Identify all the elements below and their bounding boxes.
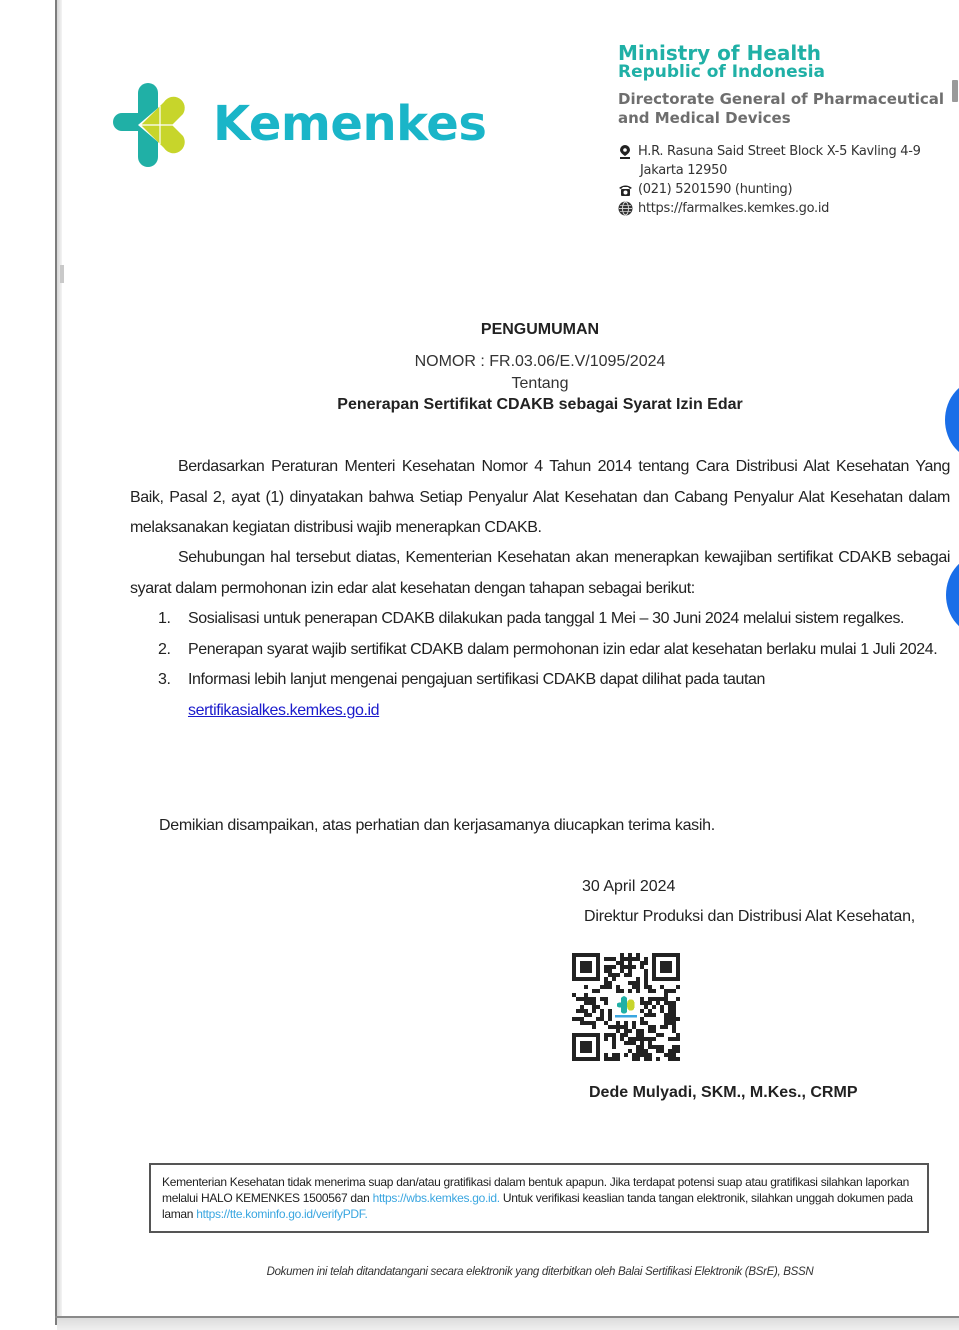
list-text: Sosialisasi untuk penerapan CDAKB dilaku… xyxy=(188,604,948,635)
ministry-country: Republic of Indonesia xyxy=(618,63,948,82)
kemenkes-logo-icon xyxy=(108,80,192,170)
paragraph-2: Sehubungan hal tersebut diatas, Kementer… xyxy=(130,543,950,604)
qr-code-icon xyxy=(572,953,680,1061)
directorate-line2: and Medical Devices xyxy=(618,109,948,128)
page-bottom-shadow xyxy=(57,1318,959,1330)
verify-pdf-link[interactable]: https://tte.kominfo.go.id/verifyPDF. xyxy=(196,1207,367,1221)
scroll-mark xyxy=(952,80,958,102)
website-link[interactable]: https://farmalkes.kemkes.go.id xyxy=(638,199,829,218)
globe-icon xyxy=(618,199,638,218)
list-number: 1. xyxy=(158,604,188,635)
phone-icon xyxy=(618,180,638,199)
list-number: 3. xyxy=(158,665,188,726)
e-signature-note: Dokumen ini telah ditandatangani secara … xyxy=(130,1266,950,1278)
list-item: 3. Informasi lebih lanjut mengenai penga… xyxy=(158,665,948,726)
signature-date: 30 April 2024 xyxy=(582,878,675,896)
document-number: NOMOR : FR.03.06/E.V/1095/2024 xyxy=(130,353,950,371)
page-edge-notch xyxy=(60,265,64,283)
page-edge-shadow xyxy=(57,0,62,1325)
ministry-name: Ministry of Health xyxy=(618,44,948,63)
ministry-block: Ministry of Health Republic of Indonesia… xyxy=(618,44,948,128)
list-item: 2. Penerapan syarat wajib sertifikat CDA… xyxy=(158,635,948,666)
location-pin-icon xyxy=(618,142,638,161)
steps-list: 1. Sosialisasi untuk penerapan CDAKB dil… xyxy=(158,604,948,726)
list-text: Penerapan syarat wajib sertifikat CDAKB … xyxy=(188,635,948,666)
list-text-part: Informasi lebih lanjut mengenai pengajua… xyxy=(188,671,765,688)
list-number: 2. xyxy=(158,635,188,666)
signatory-name: Dede Mulyadi, SKM., M.Kes., CRMP xyxy=(589,1084,857,1102)
signatory-title: Direktur Produksi dan Distribusi Alat Ke… xyxy=(584,908,915,926)
list-item: 1. Sosialisasi untuk penerapan CDAKB dil… xyxy=(158,604,948,635)
document-subject: Penerapan Sertifikat CDAKB sebagai Syara… xyxy=(130,396,950,414)
document-heading: PENGUMUMAN xyxy=(130,321,950,339)
brand-name: Kemenkes xyxy=(213,96,486,152)
anti-bribery-notice: Kementerian Kesehatan tidak menerima sua… xyxy=(149,1163,929,1233)
wbs-link[interactable]: https://wbs.kemkes.go.id. xyxy=(373,1191,500,1205)
contact-block: H.R. Rasuna Said Street Block X-5 Kavlin… xyxy=(618,142,948,218)
phone-number: (021) 5201590 (hunting) xyxy=(638,180,792,199)
address-line2: Jakarta 12950 xyxy=(618,161,948,180)
list-text: Informasi lebih lanjut mengenai pengajua… xyxy=(188,665,948,726)
directorate-line1: Directorate General of Pharmaceutical xyxy=(618,90,948,109)
document-tentang: Tentang xyxy=(130,375,950,393)
address-line1: H.R. Rasuna Said Street Block X-5 Kavlin… xyxy=(638,142,921,161)
certification-link[interactable]: sertifikasialkes.kemkes.go.id xyxy=(188,702,379,719)
paragraph-1: Berdasarkan Peraturan Menteri Kesehatan … xyxy=(130,452,950,544)
closing-text: Demikian disampaikan, atas perhatian dan… xyxy=(159,817,715,835)
